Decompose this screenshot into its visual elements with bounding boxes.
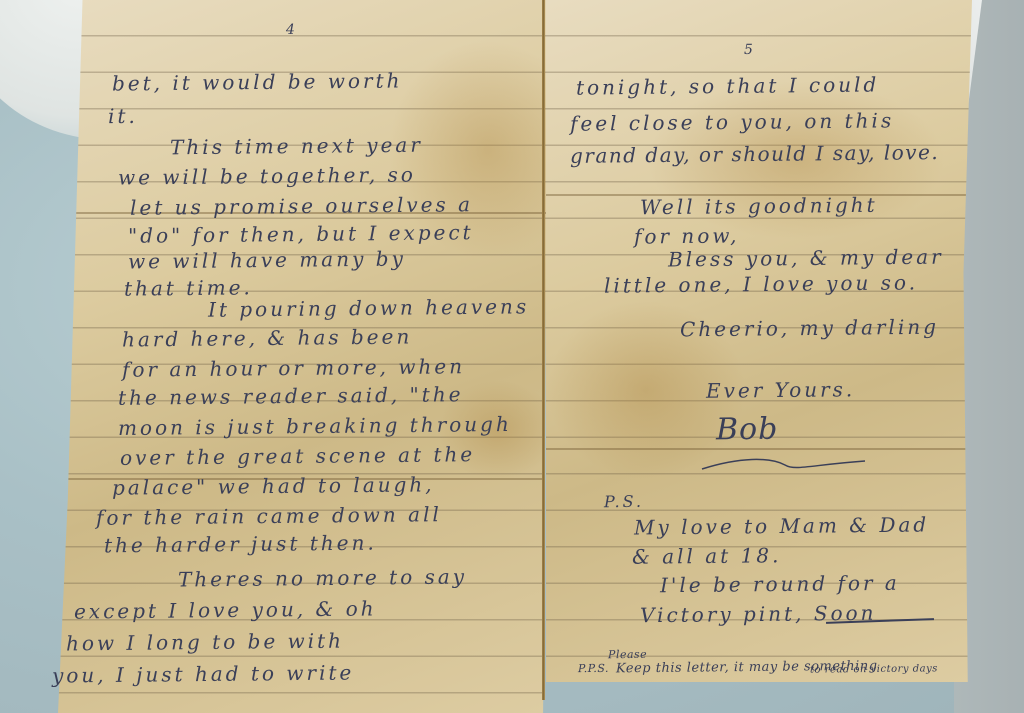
ps-line: Victory pint, Soon xyxy=(640,601,877,627)
letter-line: how I long to be with xyxy=(66,629,344,656)
ps-line: & all at 18. xyxy=(632,543,782,569)
letter-line: for an hour or more, when xyxy=(122,354,465,382)
letter-line: grand day, or should I say, love. xyxy=(570,140,939,168)
letter-line: bet, it would be worth xyxy=(112,68,403,95)
letter-line: tonight, so that I could xyxy=(576,72,880,99)
letter-line: you, I just had to write xyxy=(52,660,355,687)
pps-insert: Please xyxy=(608,648,647,661)
letter-line: over the great scene at the xyxy=(120,442,475,470)
letter-line: little one, I love you so. xyxy=(604,270,918,297)
ps-label: P.S. xyxy=(604,492,644,511)
pps-label: P.P.S. xyxy=(578,662,609,675)
letter-line: "do" for then, but I expect xyxy=(128,220,474,248)
pps-text-continued: to read on victory days xyxy=(810,663,938,675)
page-binding-fold xyxy=(542,0,545,700)
letter-line: Theres no more to say xyxy=(178,564,467,591)
letter-line: It pouring down heavens xyxy=(208,294,529,321)
letter-line: for now, xyxy=(634,223,740,248)
signature-flourish xyxy=(700,455,870,475)
page-number: 4 xyxy=(286,22,298,38)
signature: Bob xyxy=(716,412,779,448)
letter-line: except I love you, & oh xyxy=(74,596,377,623)
letter-line: Well its goodnight xyxy=(640,193,878,219)
letter-line: we will have many by xyxy=(128,247,406,274)
letter-line: it. xyxy=(108,104,138,128)
closing-line: Ever Yours. xyxy=(706,377,855,403)
letter-line: hard here, & has been xyxy=(122,324,413,351)
letter-line: Bless you, & my dear xyxy=(668,245,944,272)
letter-line: we will be together, so xyxy=(118,162,416,189)
letter-line: for the rain came down all xyxy=(96,502,442,530)
letter-line: palace" we had to laugh, xyxy=(112,472,435,499)
letter-line: This time next year xyxy=(170,133,423,160)
letter-line: moon is just breaking through xyxy=(118,412,512,440)
ps-line: I'le be round for a xyxy=(660,571,900,598)
ps-line: My love to Mam & Dad xyxy=(634,512,929,539)
page-number: 5 xyxy=(744,42,756,58)
fold-crease xyxy=(546,448,972,450)
letter-line: the news reader said, "the xyxy=(118,382,464,410)
letter-line: the harder just then. xyxy=(104,531,377,558)
letter-line: feel close to you, on this xyxy=(570,108,894,135)
letter-line: let us promise ourselves a xyxy=(130,192,473,220)
closing-line: Cheerio, my darling xyxy=(680,315,939,342)
